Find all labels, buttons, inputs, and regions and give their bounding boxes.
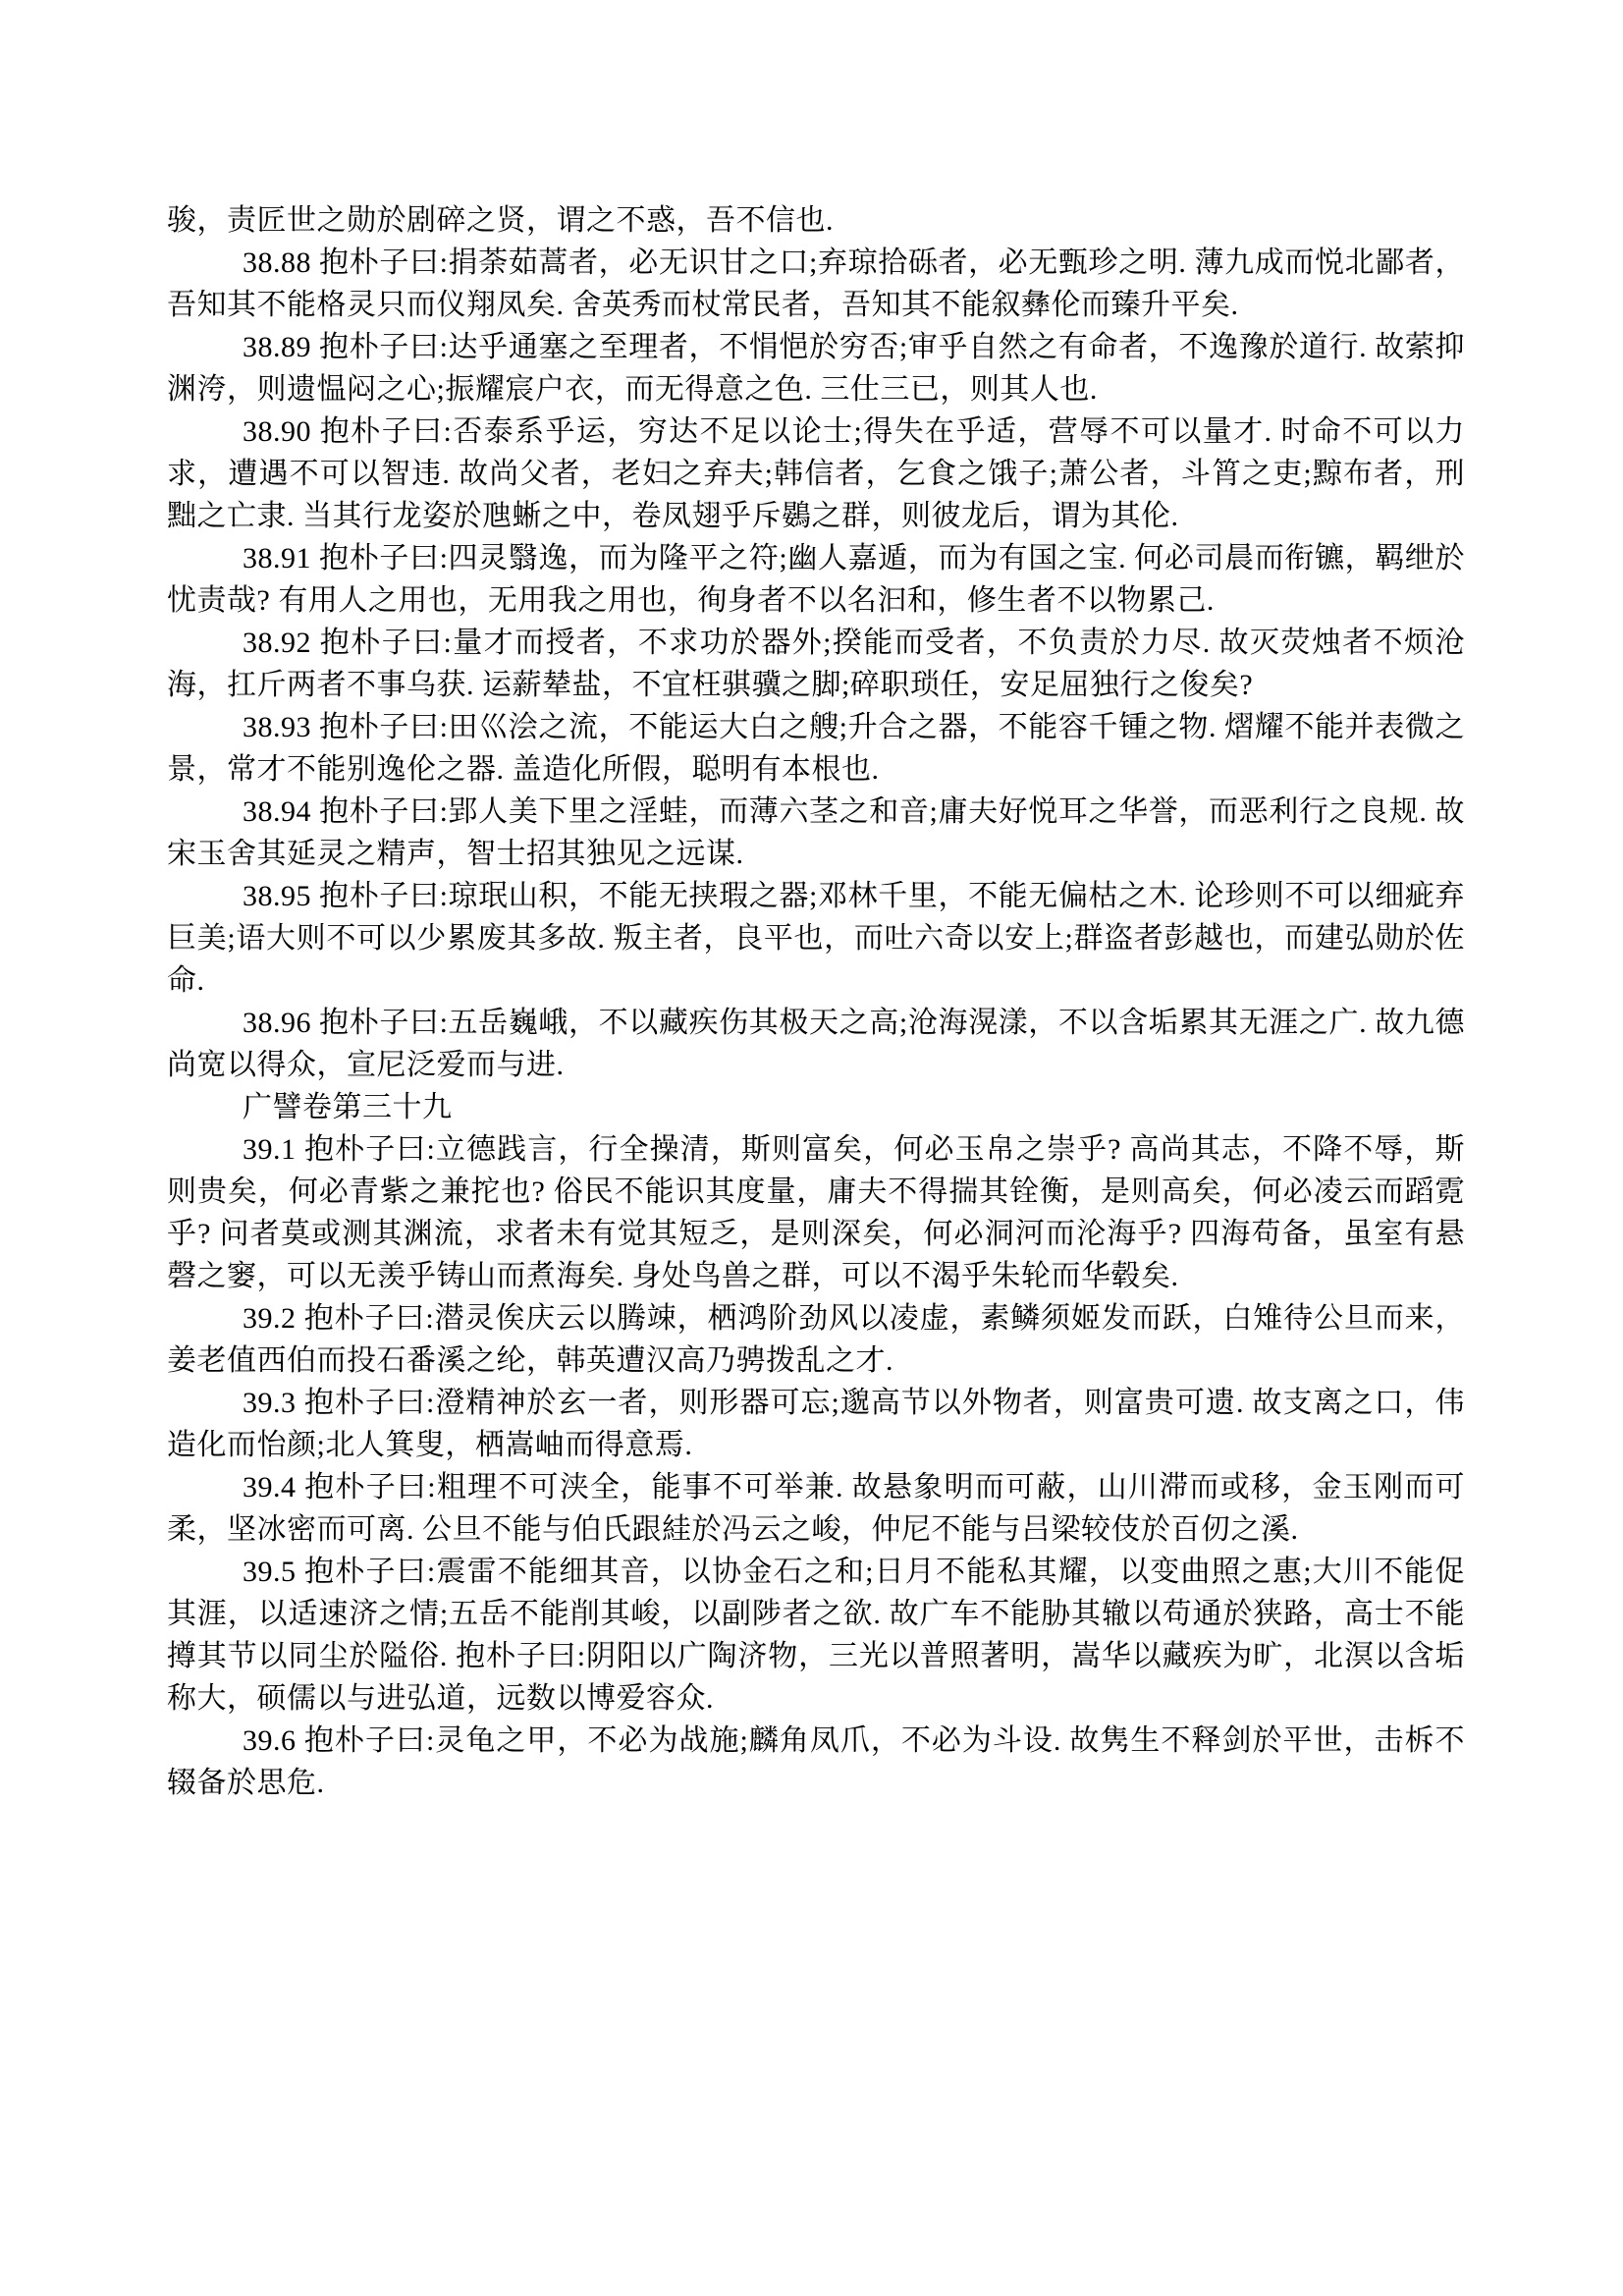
paragraph-38-95: 38.95 抱朴子曰:琼珉山积，不能无挟瑕之器;邓林千里，不能无偏枯之木. 论珍… [167,875,1465,1002]
paragraph-38-96: 38.96 抱朴子曰:五岳巍峨，不以藏疾伤其极天之高;沧海滉漾，不以含垢累其无涯… [167,1002,1465,1086]
paragraph-38-94: 38.94 抱朴子曰:郢人美下里之淫蛙，而薄六茎之和音;庸夫好悦耳之华誉，而恶利… [167,791,1465,875]
paragraph-38-90: 38.90 抱朴子曰:否泰系乎运，穷达不足以论士;得失在乎适，营辱不可以量才. … [167,410,1465,537]
text-block: 骏，责匠世之勋於剧碎之贤，谓之不惑，吾不信也. 38.88 抱朴子曰:捐荼茹蒿者… [167,199,1465,1804]
paragraph-continuation: 骏，责匠世之勋於剧碎之贤，谓之不惑，吾不信也. [167,199,1465,242]
chapter-heading: 广譬卷第三十九 [167,1086,1465,1128]
paragraph-38-92: 38.92 抱朴子曰:量才而授者，不求功於器外;揆能而受者，不负责於力尽. 故灭… [167,622,1465,706]
document-page: { "document": { "language": "zh", "parag… [0,0,1623,2296]
paragraph-39-2: 39.2 抱朴子曰:潜灵俟庆云以腾竦，栖鸿阶劲风以凌虚，素鳞须姬发而跃，白雉待公… [167,1297,1465,1382]
paragraph-39-5: 39.5 抱朴子曰:震雷不能细其音，以协金石之和;日月不能私其耀，以变曲照之惠;… [167,1551,1465,1720]
paragraph-39-3: 39.3 抱朴子曰:澄精神於玄一者，则形器可忘;邈高节以外物者，则富贵可遗. 故… [167,1382,1465,1466]
paragraph-38-93: 38.93 抱朴子曰:田巛浍之流，不能运大白之艘;升合之器，不能容千锺之物. 熠… [167,706,1465,791]
paragraph-39-4: 39.4 抱朴子曰:粗理不可浃全，能事不可举兼. 故悬象明而可蔽，山川滞而或移，… [167,1466,1465,1551]
paragraph-39-6: 39.6 抱朴子曰:灵龟之甲，不必为战施;麟角凤爪，不必为斗设. 故隽生不释剑於… [167,1720,1465,1804]
paragraph-38-89: 38.89 抱朴子曰:达乎通塞之至理者，不悁悒於穷否;审乎自然之有命者，不逸豫於… [167,326,1465,410]
paragraph-38-88: 38.88 抱朴子曰:捐荼茹蒿者，必无识甘之口;弃琼拾砾者，必无甄珍之明. 薄九… [167,242,1465,326]
paragraph-39-1: 39.1 抱朴子曰:立德践言，行全操清，斯则富矣，何必玉帛之崇乎? 高尚其志，不… [167,1128,1465,1297]
paragraph-38-91: 38.91 抱朴子曰:四灵翳逸，而为隆平之符;幽人嘉遁，而为有国之宝. 何必司晨… [167,537,1465,622]
